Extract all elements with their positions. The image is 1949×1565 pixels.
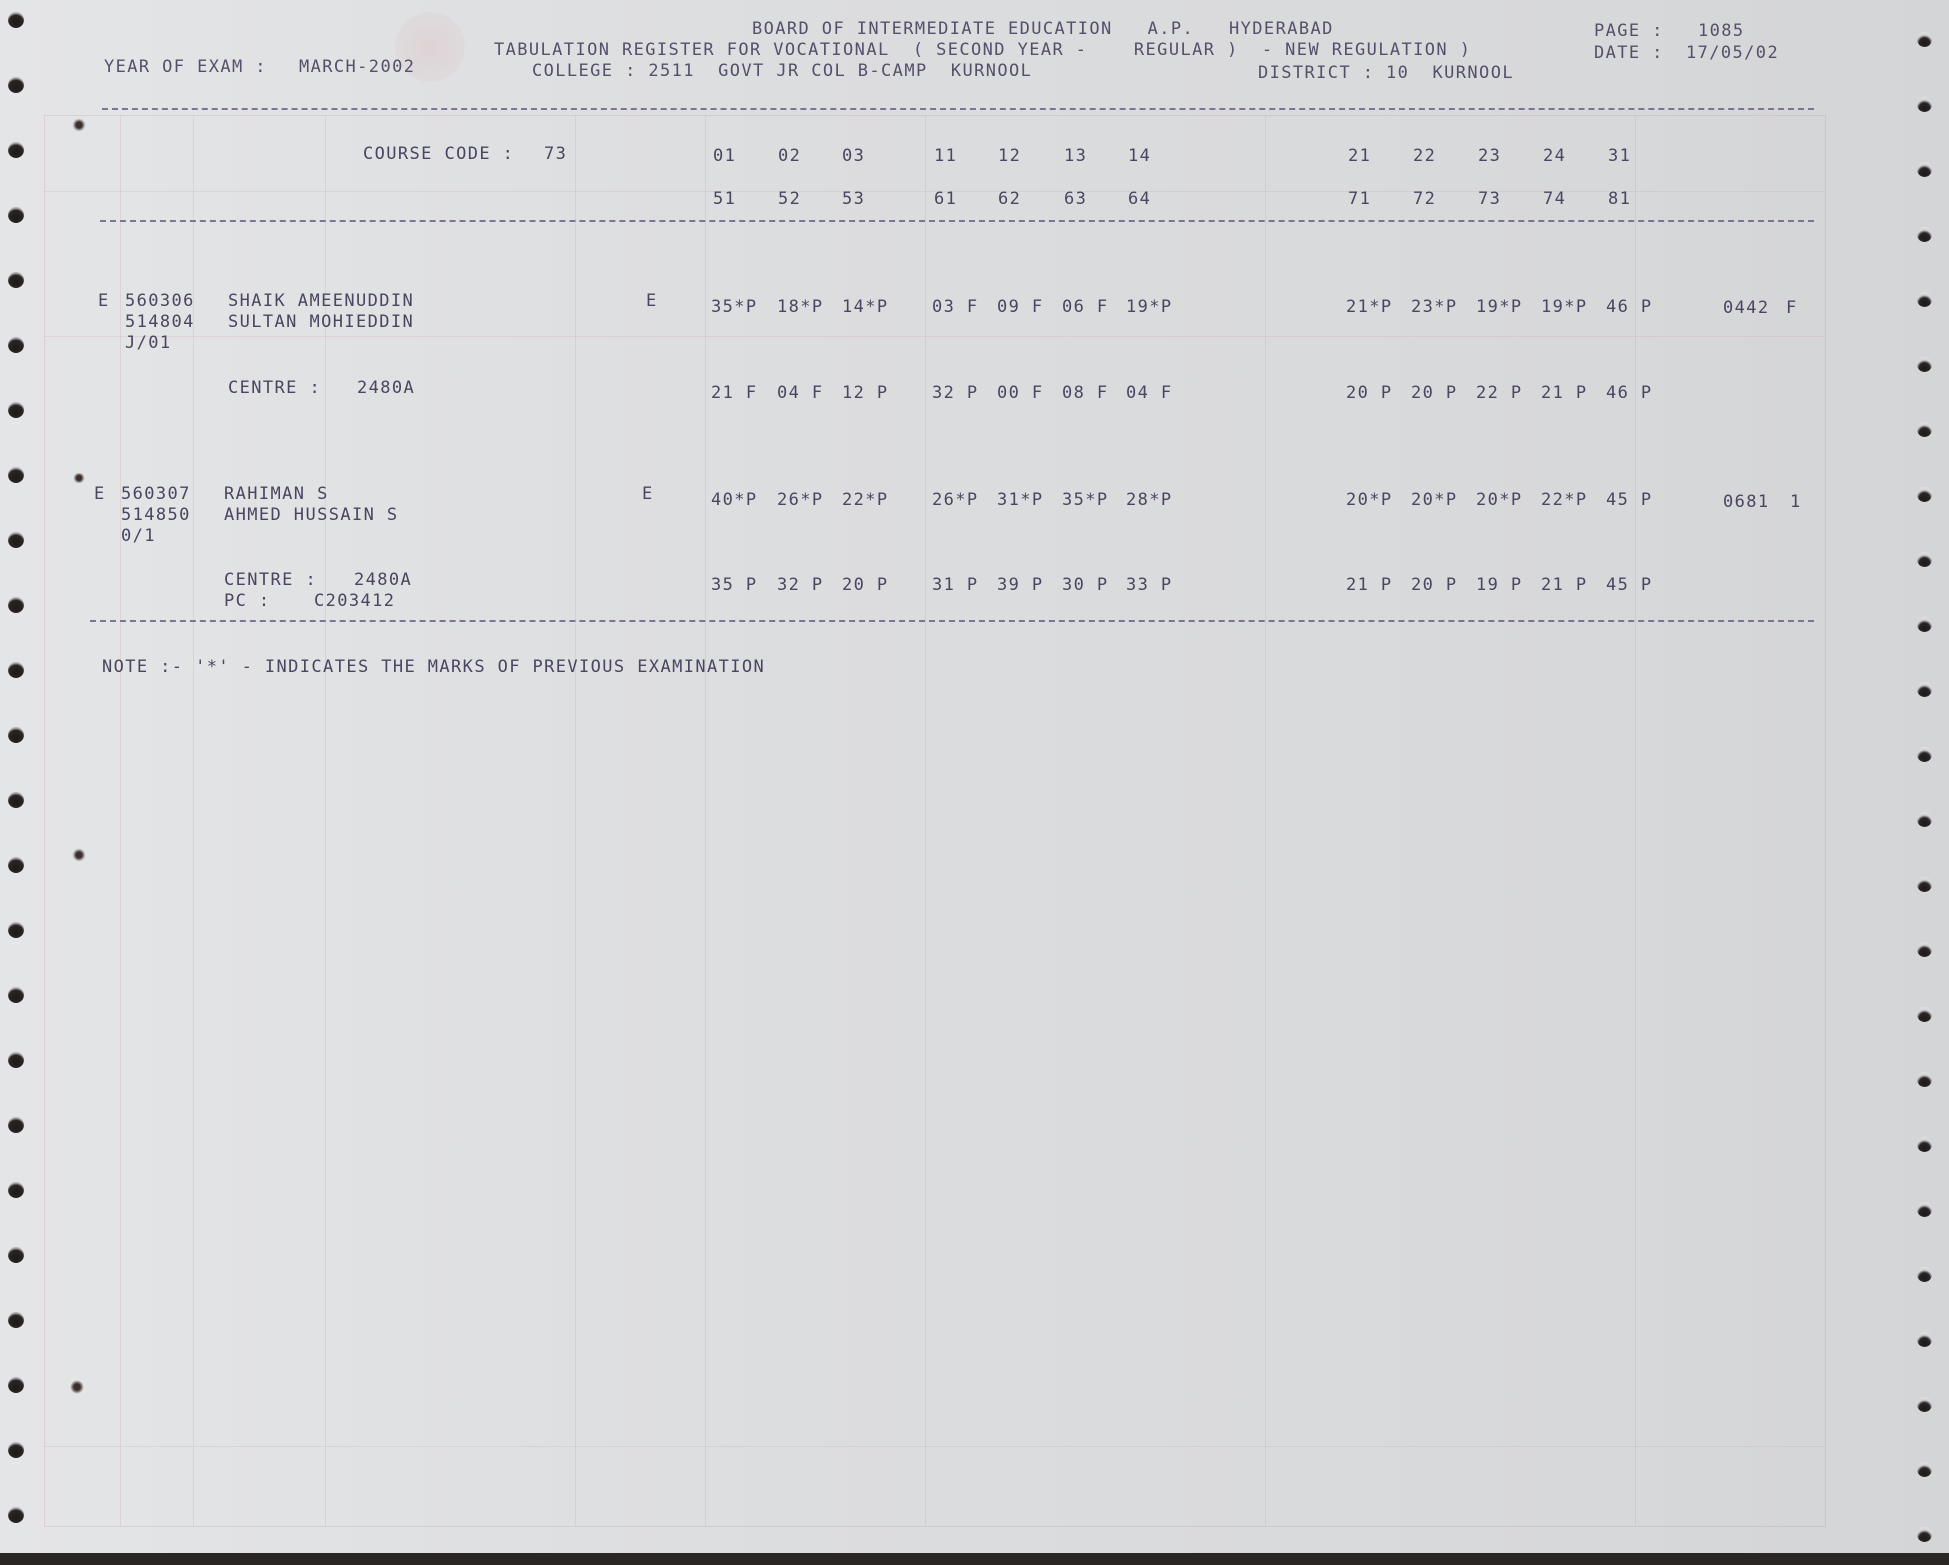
tractor-hole (8, 727, 24, 743)
subject-code: 73 (1478, 189, 1501, 209)
tractor-hole (8, 1507, 24, 1523)
tractor-hole (1917, 1397, 1932, 1412)
tractor-hole (1917, 1332, 1932, 1347)
subject-mark: 19*P (1126, 297, 1173, 317)
tractor-hole (1917, 357, 1932, 372)
paper-tear-mark (72, 118, 86, 132)
subject-code: 74 (1543, 189, 1566, 209)
student-name: RAHIMAN S (224, 484, 329, 504)
tractor-hole (8, 922, 24, 938)
subject-code: 62 (998, 189, 1021, 209)
medium: E (646, 291, 658, 311)
year-of-exam-value: MARCH-2002 (299, 57, 415, 77)
subject-mark: 21 F (711, 383, 758, 403)
father-name: AHMED HUSSAIN S (224, 505, 399, 525)
tractor-hole (1917, 1202, 1932, 1217)
centre-label: CENTRE : (224, 570, 317, 590)
subject-code: 61 (934, 189, 957, 209)
subject-code: 02 (778, 146, 801, 166)
subject-mark: 04 F (1126, 383, 1173, 403)
subject-mark: 46 P (1606, 297, 1653, 317)
district-line: DISTRICT : 10 KURNOOL (1258, 63, 1514, 83)
subject-mark: 22*P (842, 490, 889, 510)
subject-mark: 09 F (997, 297, 1044, 317)
register-title: TABULATION REGISTER FOR VOCATIONAL ( SEC… (494, 40, 1471, 60)
hall-ticket-number: 560307 (121, 484, 191, 504)
subject-mark: 20 P (1411, 575, 1458, 595)
paper-tear-mark (72, 473, 86, 483)
subject-code: 21 (1348, 146, 1371, 166)
tractor-hole (1917, 942, 1932, 957)
subject-mark: 45 P (1606, 490, 1653, 510)
subject-code: 22 (1413, 146, 1436, 166)
subject-mark: 46 P (1606, 383, 1653, 403)
result: 1 (1790, 492, 1802, 512)
subject-code: 31 (1608, 146, 1631, 166)
father-name: SULTAN MOHIEDDIN (228, 312, 414, 332)
subject-mark: 20 P (842, 575, 889, 595)
subject-mark: 39 P (997, 575, 1044, 595)
subject-code: 03 (842, 146, 865, 166)
category-code: 0/1 (121, 526, 156, 546)
board-title: BOARD OF INTERMEDIATE EDUCATION A.P. HYD… (752, 19, 1334, 39)
subject-mark: 21 P (1541, 383, 1588, 403)
total-marks: 0442 (1723, 298, 1770, 318)
total-marks: 0681 (1723, 492, 1770, 512)
subject-mark: 45 P (1606, 575, 1653, 595)
category-code: J/01 (125, 333, 172, 353)
college-line: COLLEGE : 2511 GOVT JR COL B-CAMP KURNOO… (532, 61, 1032, 81)
tractor-hole (8, 857, 24, 873)
tractor-hole (8, 597, 24, 613)
tractor-hole (1917, 682, 1932, 697)
subject-code: 11 (934, 146, 957, 166)
right-tractor-strip (1909, 0, 1949, 1553)
tractor-hole (8, 12, 24, 28)
tractor-hole (1917, 1072, 1932, 1087)
subject-mark: 06 F (1062, 297, 1109, 317)
tractor-hole (8, 402, 24, 418)
subject-mark: 00 F (997, 383, 1044, 403)
subject-code: 72 (1413, 189, 1436, 209)
registration-number: 514804 (125, 312, 195, 332)
subject-code: 23 (1478, 146, 1501, 166)
subject-code: 13 (1064, 146, 1087, 166)
centre-label: CENTRE : (228, 378, 321, 398)
header-divider (102, 108, 1814, 110)
exam-prefix: E (94, 484, 106, 504)
tractor-hole (8, 792, 24, 808)
year-of-exam-label: YEAR OF EXAM : (104, 57, 267, 77)
tractor-hole (8, 337, 24, 353)
tractor-hole (8, 1182, 24, 1198)
tractor-hole (1917, 1462, 1932, 1477)
subject-mark: 35 P (711, 575, 758, 595)
subject-mark: 19*P (1476, 297, 1523, 317)
paper-tear-mark (72, 848, 86, 862)
subject-mark: 12 P (842, 383, 889, 403)
tractor-hole (1917, 617, 1932, 632)
tractor-hole (1917, 32, 1932, 47)
subject-code: 24 (1543, 146, 1566, 166)
student-name: SHAIK AMEENUDDIN (228, 291, 414, 311)
centre-code: 2480A (357, 378, 415, 398)
records-divider (90, 620, 1814, 622)
subject-code: 52 (778, 189, 801, 209)
tractor-hole (1917, 97, 1932, 112)
subject-mark: 30 P (1062, 575, 1109, 595)
pc-label: PC : (224, 591, 271, 611)
date-value: 17/05/02 (1686, 43, 1779, 63)
subject-mark: 22*P (1541, 490, 1588, 510)
subject-mark: 35*P (1062, 490, 1109, 510)
left-tractor-strip (0, 0, 40, 1553)
pc-code: C203412 (314, 591, 395, 611)
subject-mark: 31*P (997, 490, 1044, 510)
tractor-hole (8, 987, 24, 1003)
subject-mark: 32 P (932, 383, 979, 403)
subject-mark: 26*P (777, 490, 824, 510)
subject-mark: 04 F (777, 383, 824, 403)
subject-mark: 20 P (1411, 383, 1458, 403)
subject-mark: 31 P (932, 575, 979, 595)
tractor-hole (8, 1312, 24, 1328)
exam-prefix: E (98, 291, 110, 311)
subject-mark: 21*P (1346, 297, 1393, 317)
tractor-hole (1917, 1137, 1932, 1152)
subject-mark: 23*P (1411, 297, 1458, 317)
subject-mark: 19*P (1541, 297, 1588, 317)
subject-mark: 18*P (777, 297, 824, 317)
tractor-hole (1917, 487, 1932, 502)
tractor-hole (1917, 877, 1932, 892)
result: F (1786, 298, 1798, 318)
tractor-hole (1917, 812, 1932, 827)
page-number: 1085 (1698, 21, 1745, 41)
tractor-hole (1917, 292, 1932, 307)
tractor-hole (1917, 552, 1932, 567)
subject-mark: 03 F (932, 297, 979, 317)
subject-code: 81 (1608, 189, 1631, 209)
subject-mark: 26*P (932, 490, 979, 510)
tractor-hole (8, 532, 24, 548)
footnote: NOTE :- '*' - INDICATES THE MARKS OF PRE… (102, 657, 765, 677)
tractor-hole (1917, 1527, 1932, 1542)
subject-mark: 21 P (1541, 575, 1588, 595)
course-code-label: COURSE CODE : (363, 144, 514, 164)
subject-mark: 40*P (711, 490, 758, 510)
subject-mark: 14*P (842, 297, 889, 317)
tractor-hole (8, 1442, 24, 1458)
subject-code: 51 (713, 189, 736, 209)
paper-tear-mark (68, 1378, 86, 1396)
subject-mark: 22 P (1476, 383, 1523, 403)
column-header-divider (100, 220, 1814, 222)
subject-mark: 19 P (1476, 575, 1523, 595)
subject-mark: 20*P (1346, 490, 1393, 510)
page-label: PAGE : (1594, 21, 1664, 41)
subject-mark: 20*P (1411, 490, 1458, 510)
subject-mark: 32 P (777, 575, 824, 595)
tractor-hole (1917, 747, 1932, 762)
tractor-hole (8, 1377, 24, 1393)
medium: E (642, 484, 654, 504)
tractor-hole (8, 142, 24, 158)
date-label: DATE : (1594, 43, 1664, 63)
subject-code: 64 (1128, 189, 1151, 209)
registration-number: 514850 (121, 505, 191, 525)
tractor-hole (1917, 422, 1932, 437)
subject-code: 12 (998, 146, 1021, 166)
subject-mark: 08 F (1062, 383, 1109, 403)
tractor-hole (8, 662, 24, 678)
subject-mark: 33 P (1126, 575, 1173, 595)
subject-code: 14 (1128, 146, 1151, 166)
subject-code: 71 (1348, 189, 1371, 209)
subject-code: 53 (842, 189, 865, 209)
tractor-hole (1917, 1267, 1932, 1282)
tractor-hole (8, 1117, 24, 1133)
subject-mark: 35*P (711, 297, 758, 317)
printout-page: BOARD OF INTERMEDIATE EDUCATION A.P. HYD… (0, 0, 1949, 1553)
tractor-hole (8, 77, 24, 93)
subject-mark: 28*P (1126, 490, 1173, 510)
tractor-hole (8, 1052, 24, 1068)
course-code-value: 73 (544, 144, 567, 164)
subject-code: 01 (713, 146, 736, 166)
centre-code: 2480A (354, 570, 412, 590)
subject-mark: 20*P (1476, 490, 1523, 510)
tractor-hole (1917, 162, 1932, 177)
tractor-hole (8, 207, 24, 223)
tractor-hole (8, 1247, 24, 1263)
tractor-hole (8, 272, 24, 288)
hall-ticket-number: 560306 (125, 291, 195, 311)
tractor-hole (1917, 1007, 1932, 1022)
tractor-hole (8, 467, 24, 483)
subject-mark: 21 P (1346, 575, 1393, 595)
tractor-hole (1917, 227, 1932, 242)
subject-mark: 20 P (1346, 383, 1393, 403)
subject-code: 63 (1064, 189, 1087, 209)
